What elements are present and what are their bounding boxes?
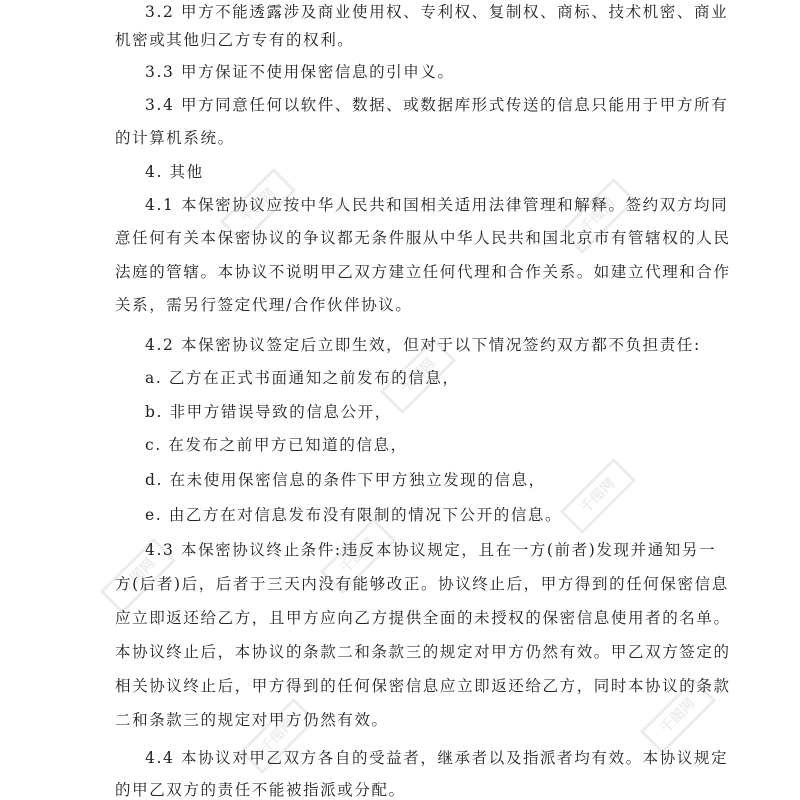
watermark-stamp: 千图网 (560, 458, 636, 534)
list-item-e: e. 由乙方在对信息发布没有限制的情况下公开的信息。 (145, 505, 562, 525)
clause-4-2: 4.2 本保密协议签定后立即生效，但对于以下情况签约双方都不负担责任: (145, 335, 701, 355)
list-item-a: a. 乙方在正式书面通知之前发布的信息， (145, 368, 460, 388)
clause-4-3-line-5: 相关协议终止后，甲方得到的任何保密信息应立即返还给乙方，同时本协议的条款 (115, 676, 731, 696)
clause-4-3-line-1: 4.3 本保密协议终止条件:违反本协议规定，且在一方(前者)发现并通知另一 (145, 540, 716, 560)
clause-4-1-line-1: 4.1 本保密协议应按中华人民共和国相关适用法律管理和解释。签约双方均同 (145, 195, 728, 215)
clause-4-4-line-1: 4.4 本协议对甲乙双方各自的受益者，继承者以及指派者均有效。本协议规定 (145, 748, 728, 768)
document-page: 千图网千图网千图网千图网千图网千图网千图网千图网 3.2 甲方不能透露涉及商业使… (0, 0, 800, 800)
clause-3-3: 3.3 甲方保证不使用保密信息的引申义。 (145, 62, 455, 82)
clause-4-3-line-4: 本协议终止后，本协议的条款二和条款三的规定对甲方仍然有效。甲乙双方签定的 (115, 642, 731, 662)
clause-4-1-line-4: 关系，需另行签定代理/合作伙伴协议。 (115, 295, 413, 315)
clause-4-3-line-3: 应立即返还给乙方，且甲方应向乙方提供全面的未授权的保密信息使用者的名单。 (115, 608, 731, 628)
list-item-c: c. 在发布之前甲方已知道的信息， (145, 435, 408, 455)
clause-4-4-line-2: 的甲乙双方的责任不能被指派或分配。 (115, 780, 406, 800)
clause-3-4-line-1: 3.4 甲方同意任何以软件、数据、或数据库形式传送的信息只能用于甲方所有 (145, 95, 728, 115)
list-item-d: d. 在未使用保密信息的条件下甲方独立发现的信息， (145, 470, 546, 490)
clause-4-1-line-3: 法庭的管辖。本协议不说明甲乙双方建立任何代理和合作关系。如建立代理和合作 (115, 262, 731, 282)
clause-3-2-line-2: 机密或其他归乙方专有的权利。 (115, 30, 354, 50)
clause-4-3-line-2: 方(后者)后，后者于三天内没有能够改正。协议终止后，甲方得到的任何保密信息 (115, 574, 729, 594)
clause-3-2-line-1: 3.2 甲方不能透露涉及商业使用权、专利权、复制权、商标、技术机密、商业 (145, 2, 728, 22)
section-4-heading: 4. 其他 (145, 162, 204, 182)
clause-4-3-line-6: 二和条款三的规定对甲方仍然有效。 (115, 710, 389, 730)
clause-3-4-line-2: 的计算机系统。 (115, 128, 235, 148)
list-item-b: b. 非甲方错误导致的信息公开， (145, 402, 392, 422)
clause-4-1-line-2: 意任何有关本保密协议的争议都无条件服从中华人民共和国北京市有管辖权的人民 (115, 228, 731, 248)
